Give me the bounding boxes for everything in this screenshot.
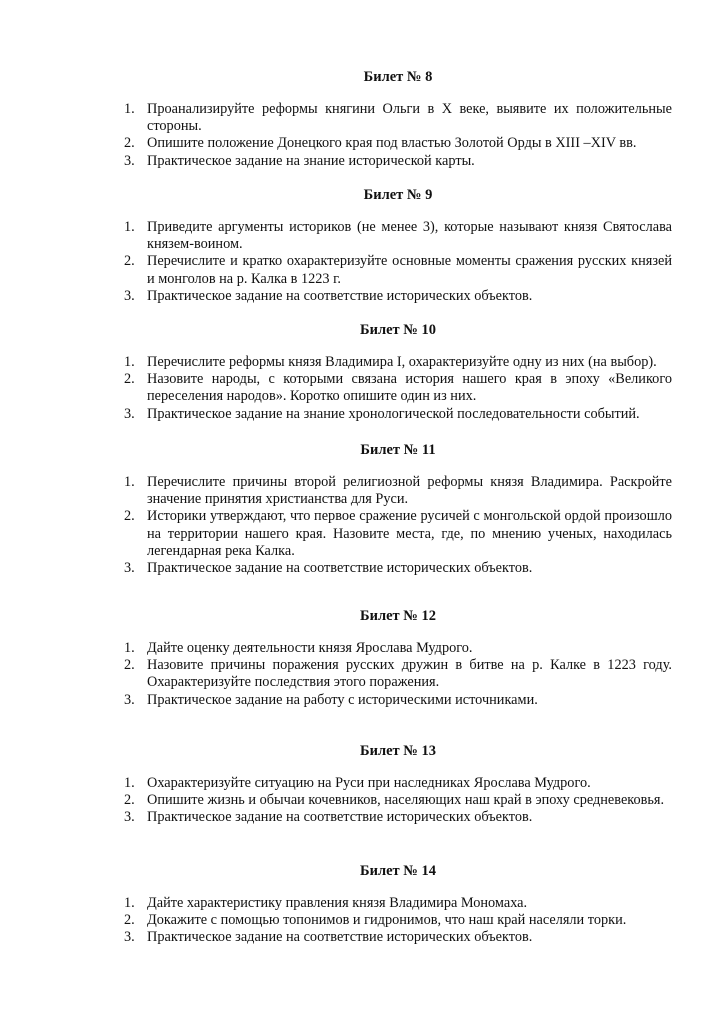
question-item: 1.Проанализируйте реформы княгини Ольги … xyxy=(124,101,672,135)
question-list: 1.Перечислите реформы князя Владимира I,… xyxy=(124,354,672,423)
question-number: 3. xyxy=(124,809,147,826)
question-text: Практическое задание на соответствие ист… xyxy=(147,560,672,577)
question-item: 2.Перечислите и кратко охарактеризуйте о… xyxy=(124,253,672,287)
question-item: 2.Опишите жизнь и обычаи кочевников, нас… xyxy=(124,792,672,809)
question-number: 1. xyxy=(124,474,147,508)
question-text: Практическое задание на соответствие ист… xyxy=(147,929,672,946)
question-number: 3. xyxy=(124,692,147,709)
question-text: Практическое задание на соответствие ист… xyxy=(147,809,672,826)
question-number: 3. xyxy=(124,406,147,423)
question-text: Перечислите реформы князя Владимира I, о… xyxy=(147,354,672,371)
ticket-title: Билет № 14 xyxy=(124,862,672,880)
question-number: 3. xyxy=(124,929,147,946)
question-number: 2. xyxy=(124,912,147,929)
question-number: 3. xyxy=(124,153,147,170)
question-item: 3.Практическое задание на знание историч… xyxy=(124,153,672,170)
question-item: 3.Практическое задание на соответствие и… xyxy=(124,929,672,946)
question-text: Перечислите и кратко охарактеризуйте осн… xyxy=(147,253,672,287)
question-item: 1.Приведите аргументы историков (не мене… xyxy=(124,219,672,253)
question-item: 3.Практическое задание на соответствие и… xyxy=(124,560,672,577)
question-number: 1. xyxy=(124,640,147,657)
question-item: 2.Историки утверждают, что первое сражен… xyxy=(124,508,672,560)
question-number: 1. xyxy=(124,101,147,135)
question-text: Практическое задание на работу с историч… xyxy=(147,692,672,709)
question-number: 2. xyxy=(124,792,147,809)
question-number: 2. xyxy=(124,253,147,287)
question-text: Охарактеризуйте ситуацию на Руси при нас… xyxy=(147,775,672,792)
ticket-10: Билет № 10 1.Перечислите реформы князя В… xyxy=(124,321,672,423)
question-item: 2.Назовите народы, с которыми связана ис… xyxy=(124,371,672,405)
question-list: 1.Дайте оценку деятельности князя Яросла… xyxy=(124,640,672,709)
question-list: 1.Дайте характеристику правления князя В… xyxy=(124,895,672,947)
question-number: 2. xyxy=(124,371,147,405)
ticket-9: Билет № 9 1.Приведите аргументы историко… xyxy=(124,186,672,305)
question-list: 1.Приведите аргументы историков (не мене… xyxy=(124,219,672,305)
ticket-title: Билет № 12 xyxy=(124,607,672,625)
question-text: Назовите народы, с которыми связана исто… xyxy=(147,371,672,405)
question-text: Историки утверждают, что первое сражение… xyxy=(147,508,672,560)
question-item: 3.Практическое задание на соответствие и… xyxy=(124,809,672,826)
ticket-14: Билет № 14 1.Дайте характеристику правле… xyxy=(124,862,672,947)
question-text: Дайте характеристику правления князя Вла… xyxy=(147,895,672,912)
question-text: Приведите аргументы историков (не менее … xyxy=(147,219,672,253)
ticket-title: Билет № 8 xyxy=(124,68,672,86)
question-text: Назовите причины поражения русских дружи… xyxy=(147,657,672,691)
ticket-title: Билет № 13 xyxy=(124,742,672,760)
question-text: Перечислите причины второй религиозной р… xyxy=(147,474,672,508)
question-number: 3. xyxy=(124,560,147,577)
question-text: Практическое задание на соответствие ист… xyxy=(147,288,672,305)
question-item: 3.Практическое задание на знание хроноло… xyxy=(124,406,672,423)
question-item: 2.Опишите положение Донецкого края под в… xyxy=(124,135,672,152)
question-number: 1. xyxy=(124,354,147,371)
ticket-8: Билет № 8 1.Проанализируйте реформы княг… xyxy=(124,68,672,170)
question-item: 1.Перечислите реформы князя Владимира I,… xyxy=(124,354,672,371)
ticket-12: Билет № 12 1.Дайте оценку деятельности к… xyxy=(124,607,672,709)
question-text: Докажите с помощью топонимов и гидронимо… xyxy=(147,912,672,929)
ticket-title: Билет № 10 xyxy=(124,321,672,339)
document-page: Билет № 8 1.Проанализируйте реформы княг… xyxy=(0,0,724,1024)
ticket-title: Билет № 9 xyxy=(124,186,672,204)
question-list: 1.Перечислите причины второй религиозной… xyxy=(124,474,672,577)
question-item: 1.Охарактеризуйте ситуацию на Руси при н… xyxy=(124,775,672,792)
question-item: 1.Дайте характеристику правления князя В… xyxy=(124,895,672,912)
question-item: 2.Назовите причины поражения русских дру… xyxy=(124,657,672,691)
question-item: 3.Практическое задание на соответствие и… xyxy=(124,288,672,305)
question-item: 1.Дайте оценку деятельности князя Яросла… xyxy=(124,640,672,657)
question-item: 3.Практическое задание на работу с истор… xyxy=(124,692,672,709)
question-text: Практическое задание на знание хронологи… xyxy=(147,406,672,423)
question-number: 2. xyxy=(124,508,147,560)
question-list: 1.Проанализируйте реформы княгини Ольги … xyxy=(124,101,672,170)
question-text: Опишите положение Донецкого края под вла… xyxy=(147,135,672,152)
question-text: Опишите жизнь и обычаи кочевников, насел… xyxy=(147,792,672,809)
question-list: 1.Охарактеризуйте ситуацию на Руси при н… xyxy=(124,775,672,827)
question-item: 1.Перечислите причины второй религиозной… xyxy=(124,474,672,508)
question-number: 3. xyxy=(124,288,147,305)
ticket-11: Билет № 11 1.Перечислите причины второй … xyxy=(124,441,672,577)
ticket-title: Билет № 11 xyxy=(124,441,672,459)
ticket-13: Билет № 13 1.Охарактеризуйте ситуацию на… xyxy=(124,742,672,827)
question-number: 1. xyxy=(124,775,147,792)
question-number: 2. xyxy=(124,657,147,691)
question-number: 2. xyxy=(124,135,147,152)
question-text: Дайте оценку деятельности князя Ярослава… xyxy=(147,640,672,657)
question-number: 1. xyxy=(124,895,147,912)
question-text: Проанализируйте реформы княгини Ольги в … xyxy=(147,101,672,135)
question-number: 1. xyxy=(124,219,147,253)
question-item: 2.Докажите с помощью топонимов и гидрони… xyxy=(124,912,672,929)
question-text: Практическое задание на знание историчес… xyxy=(147,153,672,170)
